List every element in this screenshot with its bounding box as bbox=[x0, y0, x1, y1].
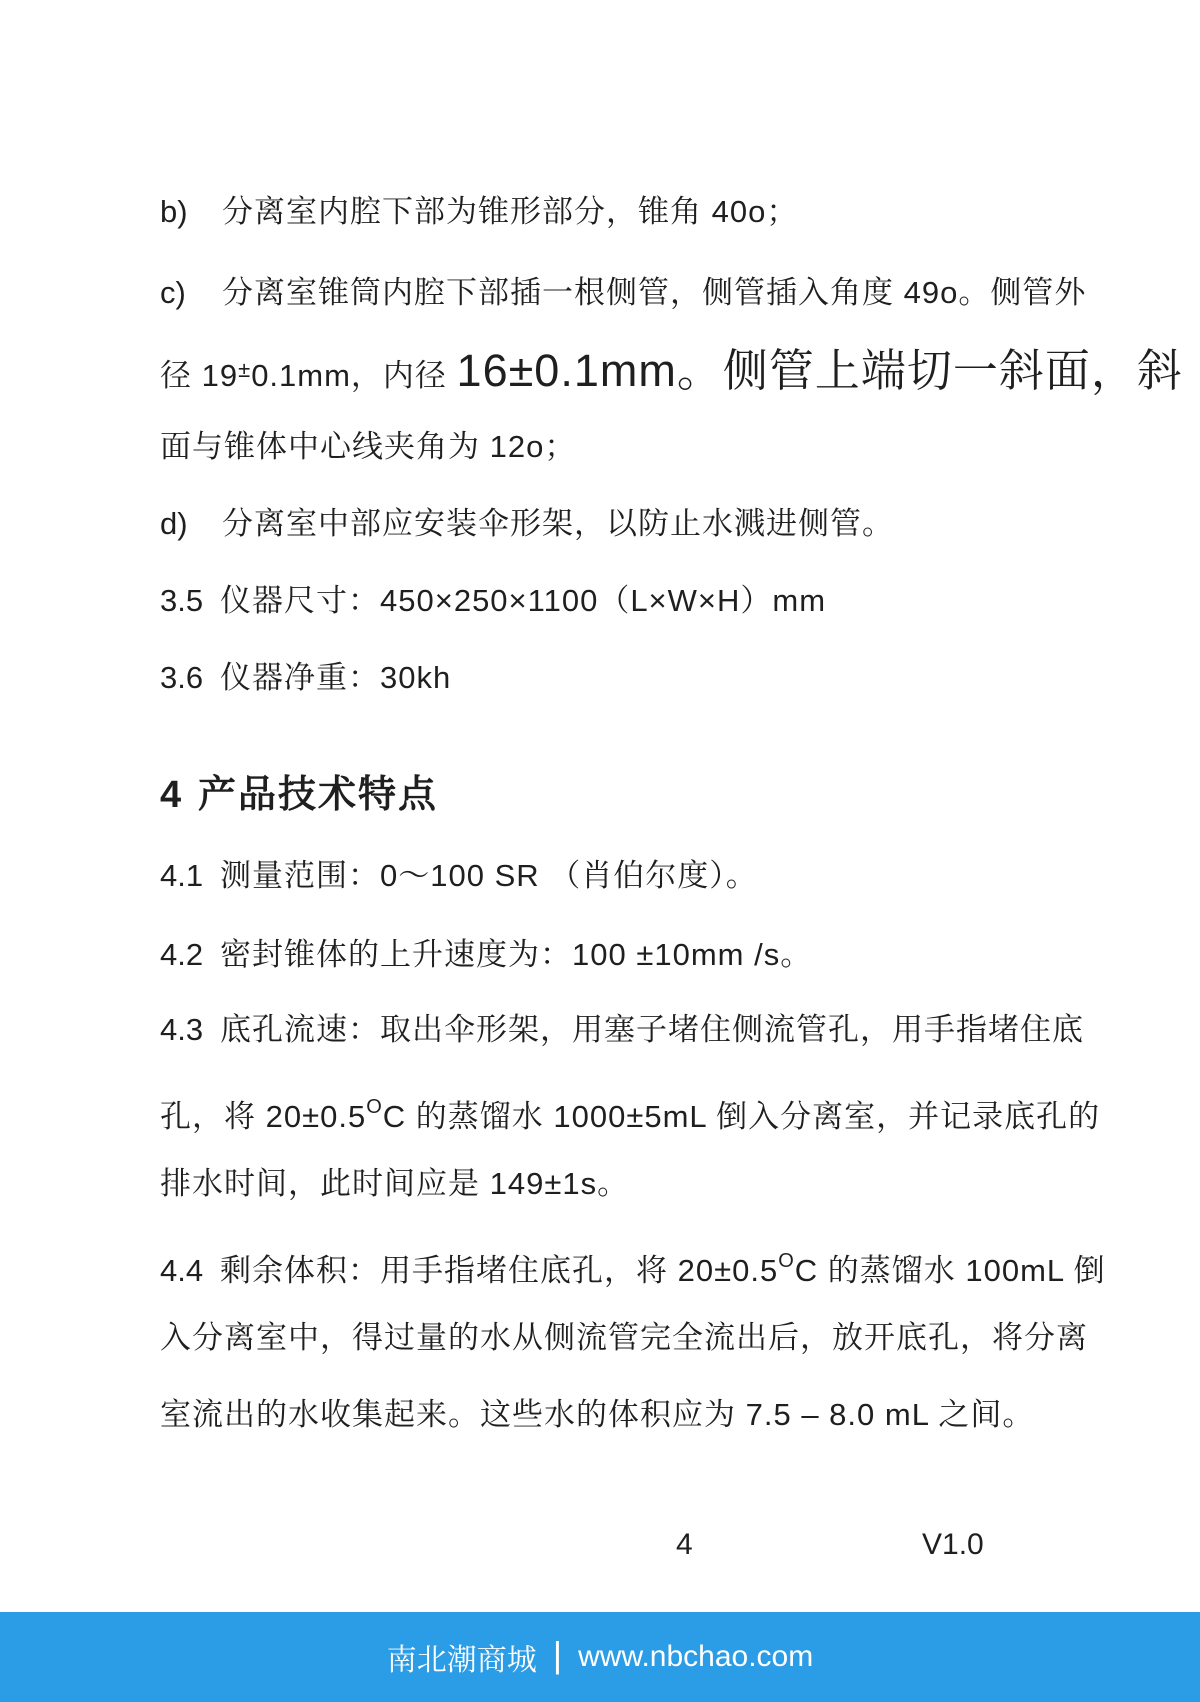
list-item-b: b)分离室内腔下部为锥形部分，锥角 40o； bbox=[160, 190, 1090, 234]
s44-line3-text: 室流出的水收集起来。这些水的体积应为 7.5 – 8.0 mL 之间。 bbox=[160, 1397, 1034, 1432]
section-3-6-text: 仪器净重：30kh bbox=[220, 660, 451, 695]
section-4-2-text: 密封锥体的上升速度为：100 ±10mm /s。 bbox=[220, 937, 812, 972]
section-4-2: 4.2密封锥体的上升速度为：100 ±10mm /s。 bbox=[160, 933, 1090, 977]
list-marker-d: d) bbox=[160, 502, 222, 546]
section-number-4-1: 4.1 bbox=[160, 854, 220, 898]
footer-site-name: 南北潮商城 bbox=[387, 1635, 537, 1679]
degree-superscript-o: O bbox=[778, 1250, 795, 1272]
page-number: 4 bbox=[676, 1523, 693, 1567]
list-marker-b: b) bbox=[160, 190, 222, 234]
c-line3-text: 面与锥体中心线夹角为 12o； bbox=[160, 429, 576, 464]
footer-divider-bar: | bbox=[553, 1634, 562, 1676]
document-page: b)分离室内腔下部为锥形部分，锥角 40o； c)分离室锥筒内腔下部插一根侧管，… bbox=[0, 0, 1200, 1702]
footer-site-url: www.nbchao.com bbox=[578, 1640, 813, 1674]
section-number-3-6: 3.6 bbox=[160, 656, 220, 700]
section-4-4-line1: 4.4剩余体积：用手指堵住底孔，将 20±0.5OC 的蒸馏水 100mL 倒 bbox=[160, 1239, 1090, 1293]
plus-minus-superscript: ± bbox=[238, 357, 251, 382]
chapter-heading-4: 4产品技术特点 bbox=[160, 771, 1090, 819]
c-line2-middle: 0.1mm，内径 bbox=[251, 358, 456, 393]
s44-line1-suffix: C 的蒸馏水 100mL 倒 bbox=[795, 1253, 1106, 1288]
section-3-5: 3.5仪器尺寸：450×250×1100（L×W×H）mm bbox=[160, 579, 1090, 623]
c-line2-prefix: 径 19 bbox=[160, 358, 238, 393]
list-item-d-text: 分离室中部应安装伞形架，以防止水溅进侧管。 bbox=[222, 506, 894, 541]
list-item-d: d)分离室中部应安装伞形架，以防止水溅进侧管。 bbox=[160, 502, 1090, 546]
section-number-4-3: 4.3 bbox=[160, 1008, 220, 1052]
page-info-row: 4 V1.0 bbox=[0, 1523, 1200, 1567]
list-item-c-line1: c)分离室锥筒内腔下部插一根侧管，侧管插入角度 49o。侧管外 bbox=[160, 271, 1090, 315]
section-number-3-5: 3.5 bbox=[160, 579, 220, 623]
section-3-5-text: 仪器尺寸：450×250×1100（L×W×H）mm bbox=[220, 583, 826, 618]
s43-line2-suffix: C 的蒸馏水 1000±5mL 倒入分离室，并记录底孔的 bbox=[383, 1099, 1100, 1134]
section-4-3-line1: 4.3底孔流速：取出伞形架，用塞子堵住侧流管孔，用手指堵住底 bbox=[160, 1008, 1090, 1052]
s43-line3-text: 排水时间，此时间应是 149±1s。 bbox=[160, 1166, 629, 1201]
section-4-3-line3: 排水时间，此时间应是 149±1s。 bbox=[160, 1162, 1090, 1206]
list-item-c-line3: 面与锥体中心线夹角为 12o； bbox=[160, 425, 1090, 469]
list-marker-c: c) bbox=[160, 271, 222, 315]
s44-line2-text: 入分离室中，得过量的水从侧流管完全流出后，放开底孔，将分离 bbox=[160, 1320, 1088, 1355]
section-4-4-line2: 入分离室中，得过量的水从侧流管完全流出后，放开底孔，将分离 bbox=[160, 1316, 1090, 1360]
version-label: V1.0 bbox=[922, 1523, 984, 1567]
section-number-4-4: 4.4 bbox=[160, 1249, 220, 1293]
section-4-1: 4.1测量范围：0～100 SR （肖伯尔度）。 bbox=[160, 854, 1090, 898]
section-number-4-2: 4.2 bbox=[160, 933, 220, 977]
list-item-c-line1-text: 分离室锥筒内腔下部插一根侧管，侧管插入角度 49o。侧管外 bbox=[222, 275, 1086, 310]
c-line2-enlarged-text: 16±0.1mm。侧管上端切一斜面，斜 bbox=[457, 345, 1183, 396]
chapter-number-4: 4 bbox=[160, 771, 198, 819]
s43-line2-prefix: 孔，将 20±0.5 bbox=[160, 1099, 366, 1134]
s44-line1-prefix: 剩余体积：用手指堵住底孔，将 20±0.5 bbox=[220, 1253, 778, 1288]
list-item-b-text: 分离室内腔下部为锥形部分，锥角 40o； bbox=[222, 194, 798, 229]
section-4-1-text: 测量范围：0～100 SR （肖伯尔度）。 bbox=[220, 858, 758, 893]
footer-watermark-bar: 南北潮商城 | www.nbchao.com bbox=[0, 1612, 1200, 1702]
degree-superscript-o: O bbox=[366, 1096, 383, 1118]
list-item-c-line2: 径 19±0.1mm，内径 16±0.1mm。侧管上端切一斜面，斜 bbox=[160, 342, 1090, 404]
section-4-3-line1-text: 底孔流速：取出伞形架，用塞子堵住侧流管孔，用手指堵住底 bbox=[220, 1012, 1084, 1047]
section-4-4-line3: 室流出的水收集起来。这些水的体积应为 7.5 – 8.0 mL 之间。 bbox=[160, 1393, 1090, 1437]
section-4-3-line2: 孔，将 20±0.5OC 的蒸馏水 1000±5mL 倒入分离室，并记录底孔的 bbox=[160, 1085, 1090, 1139]
chapter-heading-4-text: 产品技术特点 bbox=[198, 774, 438, 816]
section-3-6: 3.6仪器净重：30kh bbox=[160, 656, 1090, 700]
